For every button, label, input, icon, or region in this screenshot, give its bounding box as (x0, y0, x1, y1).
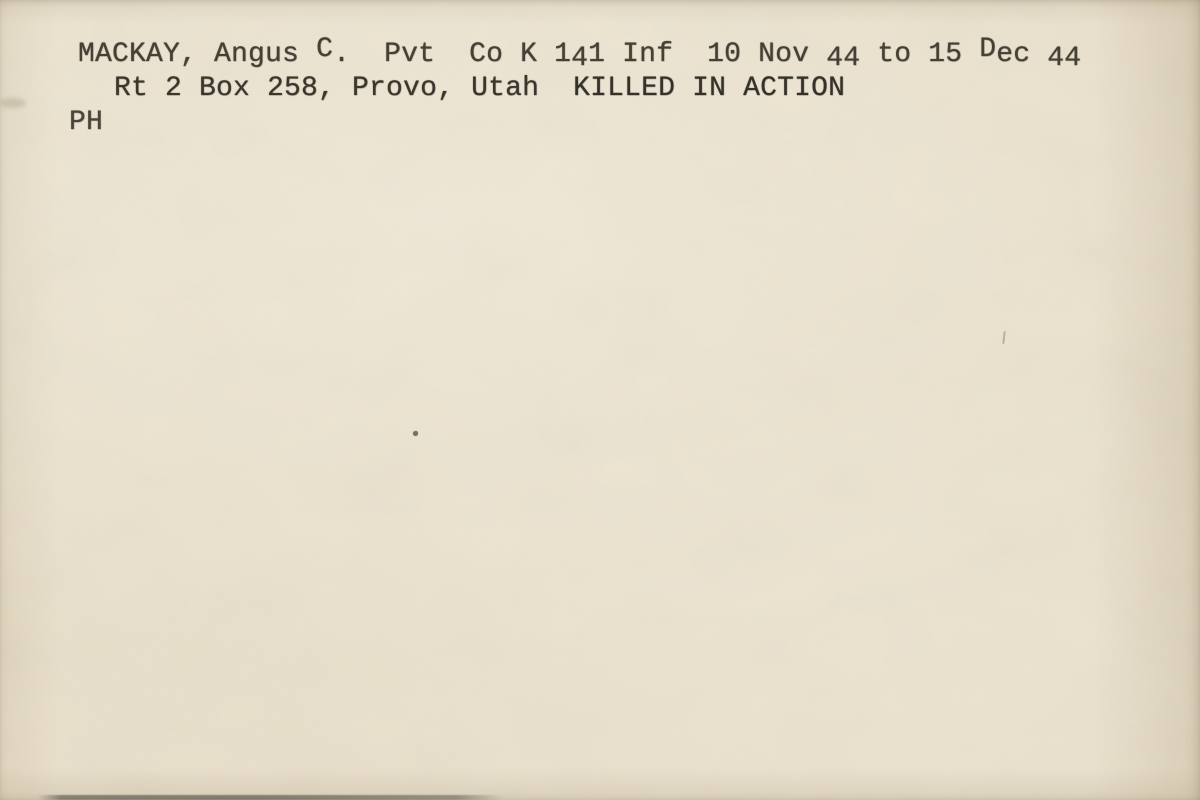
typed-line-2: Rt 2 Box 258, Provo, Utah KILLED IN ACTI… (46, 38, 845, 140)
killed-in-action-text: KILLED IN ACTION (573, 72, 845, 106)
typed-text-segment: Rt 2 Box 258, Provo, Utah (114, 72, 573, 106)
paper-fiber (1002, 331, 1006, 344)
typed-text-segment: D (979, 33, 996, 67)
scan-edge-shadow (38, 795, 503, 800)
index-card-scan: MACKAY, Angus C. Pvt Co K 141 Inf 10 Nov… (0, 0, 1200, 800)
typed-line-3: PH (1, 72, 103, 174)
paper-smudge (0, 98, 26, 108)
typed-text-segment: ec (996, 38, 1047, 72)
typed-text-segment: to 15 (860, 38, 979, 72)
typed-text-segment: PH (69, 106, 103, 140)
typed-text-segment: 44 (1047, 42, 1081, 76)
paper-speck (413, 431, 418, 436)
